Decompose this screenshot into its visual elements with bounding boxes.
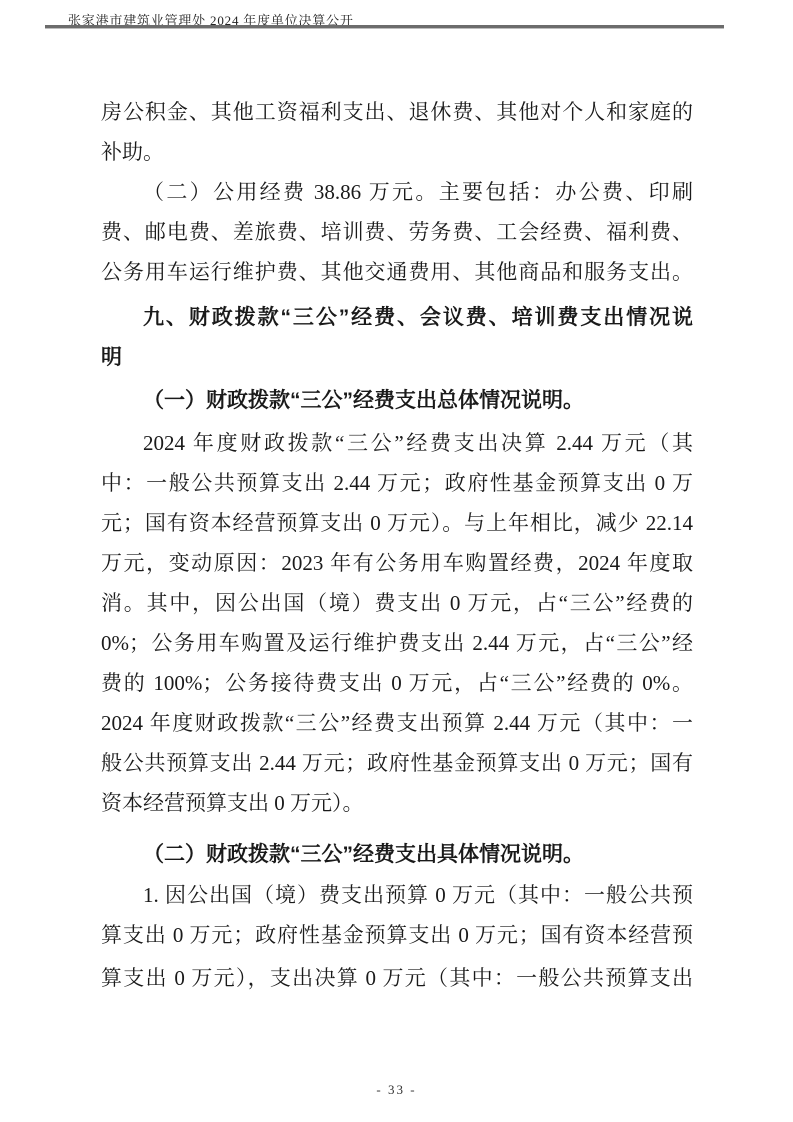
- header-rule: [45, 25, 724, 29]
- document-body: 房公积金、其他工资福利支出、退休费、其他对个人和家庭的 补助。 （二）公用经费 …: [101, 92, 693, 998]
- para-personnel-line: 房公积金、其他工资福利支出、退休费、其他对个人和家庭的: [101, 92, 693, 132]
- subsection-two-heading: （二）财政拨款“三公”经费支出具体情况说明。: [101, 835, 693, 875]
- para-public-expense-line: 费、邮电费、差旅费、培训费、劳务费、工会经费、福利费、: [101, 212, 693, 252]
- para-three-public-overview-line: 中：一般公共预算支出 2.44 万元；政府性基金预算支出 0 万: [101, 463, 693, 503]
- section-nine-heading-line: 明: [101, 338, 693, 378]
- para-three-public-overview-line: 资本经营预算支出 0 万元）。: [101, 783, 693, 823]
- document-page: 张家港市建筑业管理处 2024 年度单位决算公开 房公积金、其他工资福利支出、退…: [0, 0, 793, 1122]
- para-three-public-overview-line: 费的 100%；公务接待费支出 0 万元，占“三公”经费的 0%。: [101, 663, 693, 703]
- para-three-public-overview-line: 2024 年度财政拨款“三公”经费支出决算 2.44 万元（其: [101, 423, 693, 463]
- page-footer: - 33 -: [0, 1082, 793, 1098]
- para-public-expense-line: 公务用车运行维护费、其他交通费用、其他商品和服务支出。: [101, 252, 693, 292]
- para-overseas-trip-line: 1. 因公出国（境）费支出预算 0 万元（其中：一般公共预: [101, 875, 693, 915]
- para-overseas-trip-line: 算支出 0 万元；政府性基金预算支出 0 万元；国有资本经营预: [101, 915, 693, 955]
- para-three-public-overview-line: 0%；公务用车购置及运行维护费支出 2.44 万元，占“三公”经: [101, 623, 693, 663]
- para-public-expense-line: （二）公用经费 38.86 万元。主要包括：办公费、印刷: [101, 172, 693, 212]
- para-three-public-overview-line: 万元，变动原因：2023 年有公务用车购置经费，2024 年度取: [101, 543, 693, 583]
- para-three-public-overview-line: 2024 年度财政拨款“三公”经费支出预算 2.44 万元（其中：一: [101, 703, 693, 743]
- para-three-public-overview-line: 般公共预算支出 2.44 万元；政府性基金预算支出 0 万元；国有: [101, 743, 693, 783]
- page-number: - 33 -: [376, 1082, 416, 1097]
- para-personnel-line: 补助。: [101, 132, 693, 172]
- section-nine-heading-line: 九、财政拨款“三公”经费、会议费、培训费支出情况说: [101, 298, 693, 338]
- para-three-public-overview-line: 元；国有资本经营预算支出 0 万元）。与上年相比，减少 22.14: [101, 503, 693, 543]
- para-overseas-trip-line: 算支出 0 万元），支出决算 0 万元（其中：一般公共预算支出: [101, 958, 693, 998]
- subsection-one-heading: （一）财政拨款“三公”经费支出总体情况说明。: [101, 381, 693, 421]
- para-three-public-overview-line: 消。其中，因公出国（境）费支出 0 万元，占“三公”经费的: [101, 583, 693, 623]
